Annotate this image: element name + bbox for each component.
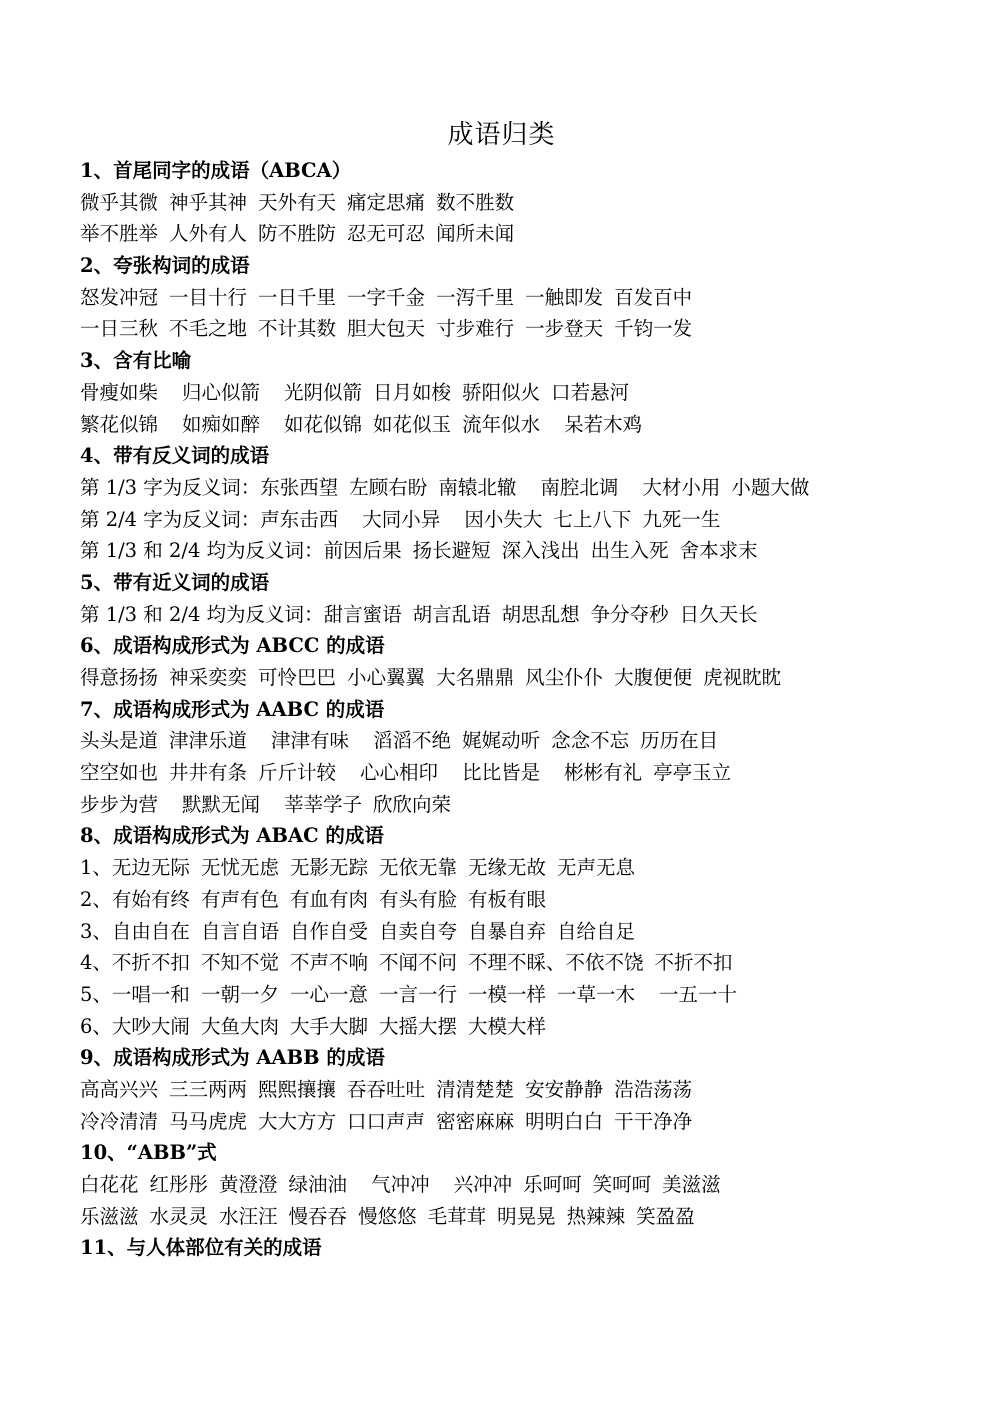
idiom: 风尘仆仆 — [525, 666, 603, 689]
idiom: 流年似水 — [462, 413, 540, 436]
idiom: 大名鼎鼎 — [436, 666, 514, 689]
idiom: 历历在目 — [640, 729, 718, 752]
idiom: 口口声声 — [347, 1110, 425, 1133]
idiom-row: 空空如也井井有条斤斤计较心心相印比比皆是彬彬有礼亭亭玉立 — [80, 757, 970, 789]
row-prefix: 第 1/3 字为反义词： — [80, 476, 260, 499]
idiom-row: 乐滋滋水灵灵水汪汪慢吞吞慢悠悠毛茸茸明晃晃热辣辣笑盈盈 — [80, 1201, 970, 1233]
idiom: 明晃晃 — [497, 1205, 556, 1228]
idiom: 不计其数 — [258, 317, 336, 340]
idiom: 一朝一夕 — [201, 983, 279, 1006]
idiom: 大吵大闹 — [112, 1015, 190, 1038]
idiom: 一心一意 — [290, 983, 368, 1006]
idiom: 气冲冲 — [371, 1173, 430, 1196]
idiom: 南辕北辙 — [438, 476, 516, 499]
idiom: 有血有肉 — [290, 888, 368, 911]
idiom: 一步登天 — [525, 317, 603, 340]
idiom: 大模大样 — [468, 1015, 546, 1038]
idiom-row: 4、不折不扣不知不觉不声不响不闻不问不理不睬、不依不饶不折不扣 — [80, 947, 970, 979]
idiom: 虎视眈眈 — [703, 666, 781, 689]
idiom: 胆大包天 — [347, 317, 425, 340]
idiom: 水灵灵 — [150, 1205, 209, 1228]
idiom: 声东击西 — [260, 508, 338, 531]
idiom: 斤斤计较 — [258, 761, 336, 784]
idiom: 大腹便便 — [614, 666, 692, 689]
row-prefix: 5、 — [80, 983, 112, 1006]
idiom: 绿油油 — [289, 1173, 348, 1196]
idiom: 大摇大摆 — [379, 1015, 457, 1038]
section-heading: 6、成语构成形式为 ABCC 的成语 — [80, 630, 970, 662]
idiom: 笑呵呵 — [593, 1173, 652, 1196]
section-heading: 9、成语构成形式为 AABB 的成语 — [80, 1042, 970, 1074]
idiom: 自言自语 — [201, 920, 279, 943]
idiom-row: 得意扬扬神采奕奕可怜巴巴小心翼翼大名鼎鼎风尘仆仆大腹便便虎视眈眈 — [80, 662, 970, 694]
idiom: 马马虎虎 — [169, 1110, 247, 1133]
idiom: 莘莘学子 — [284, 793, 362, 816]
idiom: 防不胜防 — [258, 222, 336, 245]
idiom: 一五一十 — [659, 983, 737, 1006]
idiom: 甜言蜜语 — [324, 603, 402, 626]
document-page: 成语归类 1、首尾同字的成语（ABCA）微乎其微神乎其神天外有天痛定思痛数不胜数… — [0, 0, 993, 1404]
idiom: 无声无息 — [557, 856, 635, 879]
idiom: 日久天长 — [680, 603, 758, 626]
idiom: 南腔北调 — [540, 476, 618, 499]
row-prefix: 第 1/3 和 2/4 均为反义词： — [80, 539, 324, 562]
section-heading: 10、“ABB”式 — [80, 1137, 970, 1169]
idiom: 闻所未闻 — [436, 222, 514, 245]
idiom: 滔滔不绝 — [373, 729, 451, 752]
idiom-row: 白花花红彤彤黄澄澄绿油油气冲冲兴冲冲乐呵呵笑呵呵美滋滋 — [80, 1169, 970, 1201]
idiom-row: 第 1/3 和 2/4 均为反义词：甜言蜜语胡言乱语胡思乱想争分夺秒日久天长 — [80, 599, 970, 631]
row-prefix: 3、 — [80, 920, 112, 943]
idiom: 归心似箭 — [182, 381, 260, 404]
idiom: 因小失大 — [464, 508, 542, 531]
section-heading: 7、成语构成形式为 AABC 的成语 — [80, 694, 970, 726]
idiom: 无缘无故 — [468, 856, 546, 879]
idiom: 一言一行 — [379, 983, 457, 1006]
idiom: 七上八下 — [553, 508, 631, 531]
idiom: 出生入死 — [591, 539, 669, 562]
idiom: 日月如梭 — [373, 381, 451, 404]
idiom-row: 6、大吵大闹大鱼大肉大手大脚大摇大摆大模大样 — [80, 1011, 970, 1043]
idiom-row: 怒发冲冠一目十行一日千里一字千金一泻千里一触即发百发百中 — [80, 282, 970, 314]
idiom: 娓娓动听 — [462, 729, 540, 752]
idiom: 大大方方 — [258, 1110, 336, 1133]
idiom: 骄阳似火 — [462, 381, 540, 404]
idiom: 繁花似锦 — [80, 413, 158, 436]
idiom: 头头是道 — [80, 729, 158, 752]
idiom: 大鱼大肉 — [201, 1015, 279, 1038]
idiom: 有声有色 — [201, 888, 279, 911]
idiom: 呆若木鸡 — [564, 413, 642, 436]
idiom: 自由自在 — [112, 920, 190, 943]
idiom: 一触即发 — [525, 286, 603, 309]
idiom: 乐呵呵 — [523, 1173, 582, 1196]
idiom: 得意扬扬 — [80, 666, 158, 689]
idiom: 安安静静 — [525, 1078, 603, 1101]
idiom: 浩浩荡荡 — [614, 1078, 692, 1101]
idiom: 白花花 — [80, 1173, 139, 1196]
idiom: 水汪汪 — [219, 1205, 278, 1228]
idiom: 不闻不问 — [379, 951, 457, 974]
idiom: 有板有眼 — [468, 888, 546, 911]
idiom-row: 高高兴兴三三两两熙熙攘攘吞吞吐吐清清楚楚安安静静浩浩荡荡 — [80, 1074, 970, 1106]
idiom-row: 步步为营默默无闻莘莘学子欣欣向荣 — [80, 789, 970, 821]
section-heading: 11、与人体部位有关的成语 — [80, 1232, 970, 1264]
idiom: 举不胜举 — [80, 222, 158, 245]
idiom: 小心翼翼 — [347, 666, 425, 689]
idiom: 左顾右盼 — [349, 476, 427, 499]
idiom: 如花似玉 — [373, 413, 451, 436]
idiom: 如痴如醉 — [182, 413, 260, 436]
idiom: 自作自受 — [290, 920, 368, 943]
idiom: 不声不响 — [290, 951, 368, 974]
idiom: 百发百中 — [614, 286, 692, 309]
idiom: 光阴似箭 — [284, 381, 362, 404]
idiom: 忍无可忍 — [347, 222, 425, 245]
idiom: 一目十行 — [169, 286, 247, 309]
idiom-row: 冷冷清清马马虎虎大大方方口口声声密密麻麻明明白白干干净净 — [80, 1106, 970, 1138]
idiom: 痛定思痛 — [347, 191, 425, 214]
idiom: 不理不睬、不依不饶 — [468, 951, 644, 974]
idiom-row: 第 1/3 和 2/4 均为反义词：前因后果扬长避短深入浅出出生入死舍本求末 — [80, 535, 970, 567]
row-prefix: 第 1/3 和 2/4 均为反义词： — [80, 603, 324, 626]
row-prefix: 6、 — [80, 1015, 112, 1038]
idiom-row: 3、自由自在自言自语自作自受自卖自夸自暴自弃自给自足 — [80, 916, 970, 948]
idiom: 不折不扣 — [655, 951, 733, 974]
idiom: 自给自足 — [557, 920, 635, 943]
idiom-row: 2、有始有终有声有色有血有肉有头有脸有板有眼 — [80, 884, 970, 916]
idiom: 寸步难行 — [436, 317, 514, 340]
idiom: 一日千里 — [258, 286, 336, 309]
idiom: 无依无靠 — [379, 856, 457, 879]
idiom: 熙熙攘攘 — [258, 1078, 336, 1101]
idiom: 心心相印 — [360, 761, 438, 784]
idiom-row: 第 2/4 字为反义词：声东击西大同小异因小失大七上八下九死一生 — [80, 504, 970, 536]
idiom: 人外有人 — [169, 222, 247, 245]
idiom: 一唱一和 — [112, 983, 190, 1006]
idiom: 欣欣向荣 — [373, 793, 451, 816]
idiom-row: 一日三秋不毛之地不计其数胆大包天寸步难行一步登天千钧一发 — [80, 313, 970, 345]
idiom: 一日三秋 — [80, 317, 158, 340]
idiom: 神乎其神 — [169, 191, 247, 214]
idiom: 密密麻麻 — [436, 1110, 514, 1133]
idiom: 东张西望 — [260, 476, 338, 499]
idiom: 冷冷清清 — [80, 1110, 158, 1133]
document-body: 1、首尾同字的成语（ABCA）微乎其微神乎其神天外有天痛定思痛数不胜数举不胜举人… — [80, 155, 970, 1264]
idiom: 津津有味 — [271, 729, 349, 752]
idiom: 九死一生 — [642, 508, 720, 531]
idiom: 慢悠悠 — [358, 1205, 417, 1228]
idiom: 空空如也 — [80, 761, 158, 784]
row-prefix: 2、 — [80, 888, 112, 911]
row-prefix: 1、 — [80, 856, 112, 879]
idiom: 一字千金 — [347, 286, 425, 309]
idiom: 热辣辣 — [567, 1205, 626, 1228]
idiom: 无忧无虑 — [201, 856, 279, 879]
idiom: 井井有条 — [169, 761, 247, 784]
idiom: 神采奕奕 — [169, 666, 247, 689]
idiom: 前因后果 — [324, 539, 402, 562]
idiom: 红彤彤 — [150, 1173, 209, 1196]
idiom: 舍本求末 — [680, 539, 758, 562]
idiom: 明明白白 — [525, 1110, 603, 1133]
idiom: 深入浅出 — [502, 539, 580, 562]
idiom: 一泻千里 — [436, 286, 514, 309]
idiom: 三三两两 — [169, 1078, 247, 1101]
idiom: 有头有脸 — [379, 888, 457, 911]
idiom: 念念不忘 — [551, 729, 629, 752]
idiom: 小题大做 — [731, 476, 809, 499]
idiom: 毛茸茸 — [428, 1205, 487, 1228]
idiom: 怒发冲冠 — [80, 286, 158, 309]
idiom: 兴冲冲 — [454, 1173, 513, 1196]
section-heading: 4、带有反义词的成语 — [80, 440, 970, 472]
idiom-row: 微乎其微神乎其神天外有天痛定思痛数不胜数 — [80, 187, 970, 219]
idiom: 扬长避短 — [413, 539, 491, 562]
idiom-row: 1、无边无际无忧无虑无影无踪无依无靠无缘无故无声无息 — [80, 852, 970, 884]
document-title: 成语归类 — [0, 116, 993, 154]
idiom: 亭亭玉立 — [653, 761, 731, 784]
idiom: 胡思乱想 — [502, 603, 580, 626]
idiom: 数不胜数 — [436, 191, 514, 214]
section-heading: 1、首尾同字的成语（ABCA） — [80, 155, 970, 187]
idiom: 大材小用 — [642, 476, 720, 499]
idiom: 不折不扣 — [112, 951, 190, 974]
idiom: 吞吞吐吐 — [347, 1078, 425, 1101]
idiom: 清清楚楚 — [436, 1078, 514, 1101]
idiom-row: 第 1/3 字为反义词：东张西望左顾右盼南辕北辙南腔北调大材小用小题大做 — [80, 472, 970, 504]
idiom: 胡言乱语 — [413, 603, 491, 626]
row-prefix: 第 2/4 字为反义词： — [80, 508, 260, 531]
idiom: 彬彬有礼 — [564, 761, 642, 784]
idiom: 干干净净 — [614, 1110, 692, 1133]
idiom: 争分夺秒 — [591, 603, 669, 626]
idiom: 笑盈盈 — [636, 1205, 695, 1228]
section-heading: 2、夸张构词的成语 — [80, 250, 970, 282]
idiom-row: 繁花似锦如痴如醉如花似锦如花似玉流年似水呆若木鸡 — [80, 409, 970, 441]
idiom: 黄澄澄 — [219, 1173, 278, 1196]
idiom: 天外有天 — [258, 191, 336, 214]
idiom: 一模一样 — [468, 983, 546, 1006]
idiom: 高高兴兴 — [80, 1078, 158, 1101]
idiom: 大同小异 — [362, 508, 440, 531]
idiom: 默默无闻 — [182, 793, 260, 816]
idiom: 美滋滋 — [662, 1173, 721, 1196]
idiom: 微乎其微 — [80, 191, 158, 214]
idiom: 不知不觉 — [201, 951, 279, 974]
row-prefix: 4、 — [80, 951, 112, 974]
idiom: 如花似锦 — [284, 413, 362, 436]
idiom: 千钧一发 — [614, 317, 692, 340]
idiom-row: 5、一唱一和一朝一夕一心一意一言一行一模一样一草一木一五一十 — [80, 979, 970, 1011]
idiom: 慢吞吞 — [289, 1205, 348, 1228]
idiom: 无边无际 — [112, 856, 190, 879]
idiom-row: 举不胜举人外有人防不胜防忍无可忍闻所未闻 — [80, 218, 970, 250]
idiom: 津津乐道 — [169, 729, 247, 752]
section-heading: 5、带有近义词的成语 — [80, 567, 970, 599]
idiom: 乐滋滋 — [80, 1205, 139, 1228]
idiom: 大手大脚 — [290, 1015, 368, 1038]
idiom: 不毛之地 — [169, 317, 247, 340]
idiom: 一草一木 — [557, 983, 635, 1006]
idiom-row: 头头是道津津乐道津津有味滔滔不绝娓娓动听念念不忘历历在目 — [80, 725, 970, 757]
section-heading: 8、成语构成形式为 ABAC 的成语 — [80, 820, 970, 852]
idiom: 骨瘦如柴 — [80, 381, 158, 404]
idiom: 无影无踪 — [290, 856, 368, 879]
section-heading: 3、含有比喻 — [80, 345, 970, 377]
idiom: 有始有终 — [112, 888, 190, 911]
idiom: 口若悬河 — [551, 381, 629, 404]
idiom-row: 骨瘦如柴归心似箭光阴似箭日月如梭骄阳似火口若悬河 — [80, 377, 970, 409]
idiom: 自暴自弃 — [468, 920, 546, 943]
idiom: 可怜巴巴 — [258, 666, 336, 689]
idiom: 步步为营 — [80, 793, 158, 816]
idiom: 比比皆是 — [462, 761, 540, 784]
idiom: 自卖自夸 — [379, 920, 457, 943]
